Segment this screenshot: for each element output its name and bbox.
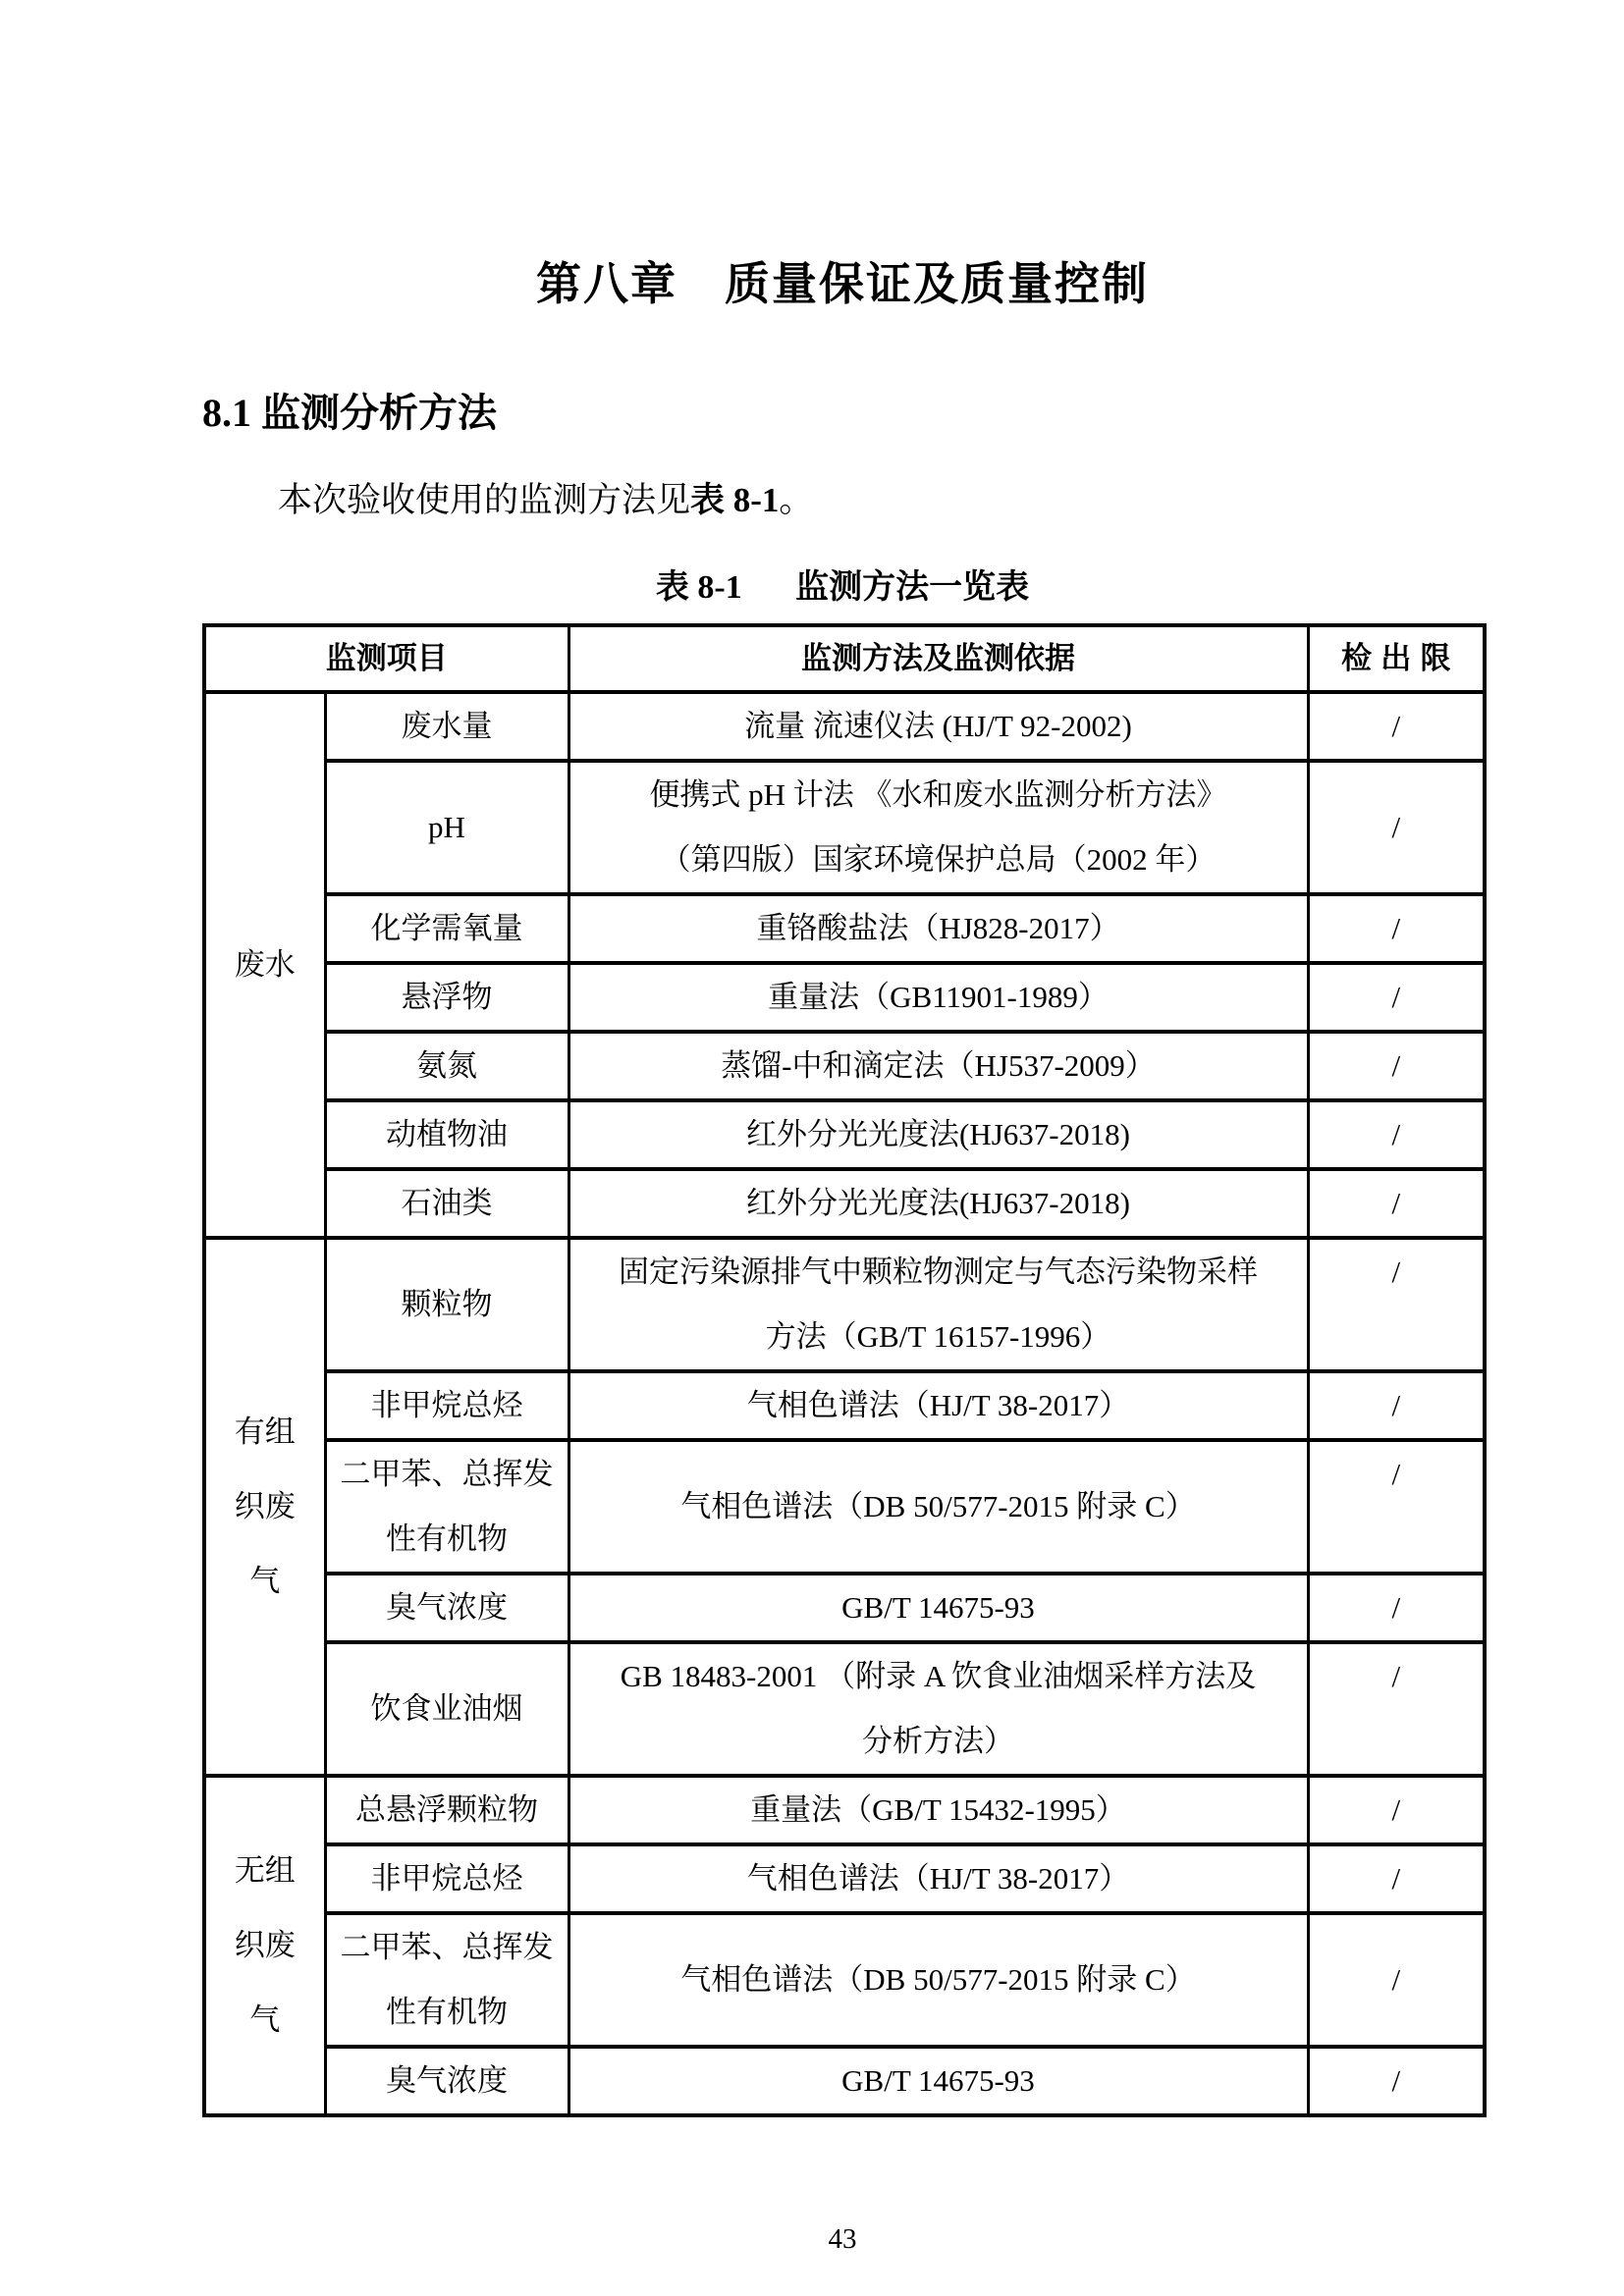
monitoring-method-cell: 蒸馏-中和滴定法（HJ537-2009） xyxy=(568,1032,1308,1100)
table-row: 臭气浓度GB/T 14675-93/ xyxy=(204,2047,1485,2115)
monitoring-item-cell: 颗粒物 xyxy=(325,1238,568,1371)
monitoring-item-cell: 动植物油 xyxy=(325,1100,568,1169)
monitoring-item-cell: pH xyxy=(325,761,568,894)
detection-limit-cell: / xyxy=(1308,761,1485,894)
detection-limit-cell: / xyxy=(1308,963,1485,1032)
group-label-cell: 有组织废气 xyxy=(204,1238,325,1776)
monitoring-item-cell: 废水量 xyxy=(325,692,568,761)
intro-text-prefix: 本次验收使用的监测方法见 xyxy=(278,481,690,519)
monitoring-table-body: 废水废水量流量 流速仪法 (HJ/T 92-2002)/pH便携式 pH 计法 … xyxy=(204,692,1485,2115)
header-monitoring-item: 监测项目 xyxy=(204,625,568,692)
monitoring-item-cell: 石油类 xyxy=(325,1169,568,1238)
monitoring-method-cell: GB/T 14675-93 xyxy=(568,2047,1308,2115)
table-row: 悬浮物重量法（GB11901-1989）/ xyxy=(204,963,1485,1032)
monitoring-item-cell: 悬浮物 xyxy=(325,963,568,1032)
monitoring-method-cell: 重铬酸盐法（HJ828-2017） xyxy=(568,894,1308,963)
table-caption-title: 监测方法一览表 xyxy=(795,569,1029,606)
detection-limit-cell: / xyxy=(1308,1844,1485,1913)
detection-limit-cell: / xyxy=(1308,692,1485,761)
detection-limit-cell: / xyxy=(1308,2047,1485,2115)
detection-limit-cell: / xyxy=(1308,1169,1485,1238)
monitoring-item-cell: 非甲烷总烃 xyxy=(325,1371,568,1440)
monitoring-method-cell: 红外分光光度法(HJ637-2018) xyxy=(568,1169,1308,1238)
monitoring-method-cell: 固定污染源排气中颗粒物测定与气态污染物采样 方法（GB/T 16157-1996… xyxy=(568,1238,1308,1371)
detection-limit-cell: / xyxy=(1308,1440,1485,1574)
group-label: 废水 xyxy=(233,928,298,1002)
detection-limit-cell: / xyxy=(1308,1913,1485,2047)
monitoring-item-cell: 臭气浓度 xyxy=(325,2047,568,2115)
table-row: 非甲烷总烃气相色谱法（HJ/T 38-2017）/ xyxy=(204,1371,1485,1440)
table-row: 石油类红外分光光度法(HJ637-2018)/ xyxy=(204,1169,1485,1238)
section-heading: 8.1 监测分析方法 xyxy=(202,390,1483,437)
table-caption-label: 表 8-1 xyxy=(656,569,742,606)
detection-limit-cell: / xyxy=(1308,1574,1485,1642)
table-row: 饮食业油烟GB 18483-2001 （附录 A 饮食业油烟采样方法及 分析方法… xyxy=(204,1642,1485,1776)
group-label: 无组织废气 xyxy=(233,1834,298,2057)
detection-limit-cell: / xyxy=(1308,1642,1485,1776)
detection-limit-cell: / xyxy=(1308,1238,1485,1371)
table-row: 二甲苯、总挥发 性有机物气相色谱法（DB 50/577-2015 附录 C）/ xyxy=(204,1440,1485,1574)
group-label-cell: 废水 xyxy=(204,692,325,1238)
monitoring-item-cell: 二甲苯、总挥发 性有机物 xyxy=(325,1440,568,1574)
header-detection-limit: 检出限 xyxy=(1308,625,1485,692)
table-row: 有组织废气颗粒物固定污染源排气中颗粒物测定与气态污染物采样 方法（GB/T 16… xyxy=(204,1238,1485,1371)
detection-limit-cell: / xyxy=(1308,1776,1485,1844)
monitoring-method-cell: 红外分光光度法(HJ637-2018) xyxy=(568,1100,1308,1169)
monitoring-method-cell: 气相色谱法（HJ/T 38-2017） xyxy=(568,1371,1308,1440)
monitoring-method-cell: 流量 流速仪法 (HJ/T 92-2002) xyxy=(568,692,1308,761)
table-row: 动植物油红外分光光度法(HJ637-2018)/ xyxy=(204,1100,1485,1169)
detection-limit-cell: / xyxy=(1308,1032,1485,1100)
table-row: 非甲烷总烃气相色谱法（HJ/T 38-2017）/ xyxy=(204,1844,1485,1913)
chapter-title: 第八章 质量保证及质量控制 xyxy=(202,0,1483,311)
monitoring-method-cell: 气相色谱法（DB 50/577-2015 附录 C） xyxy=(568,1913,1308,2047)
monitoring-method-cell: 气相色谱法（DB 50/577-2015 附录 C） xyxy=(568,1440,1308,1574)
monitoring-item-cell: 氨氮 xyxy=(325,1032,568,1100)
intro-text-suffix: 。 xyxy=(779,481,813,519)
monitoring-method-cell: 重量法（GB11901-1989） xyxy=(568,963,1308,1032)
table-row: pH便携式 pH 计法 《水和废水监测分析方法》 （第四版）国家环境保护总局（2… xyxy=(204,761,1485,894)
detection-limit-cell: / xyxy=(1308,1371,1485,1440)
monitoring-method-cell: 便携式 pH 计法 《水和废水监测分析方法》 （第四版）国家环境保护总局（200… xyxy=(568,761,1308,894)
monitoring-method-cell: GB/T 14675-93 xyxy=(568,1574,1308,1642)
monitoring-item-cell: 二甲苯、总挥发 性有机物 xyxy=(325,1913,568,2047)
document-page: 第八章 质量保证及质量控制 8.1 监测分析方法 本次验收使用的监测方法见表 8… xyxy=(0,0,1624,2296)
table-row: 化学需氧量重铬酸盐法（HJ828-2017）/ xyxy=(204,894,1485,963)
group-label: 有组织废气 xyxy=(233,1395,298,1619)
table-row: 无组织废气总悬浮颗粒物重量法（GB/T 15432-1995）/ xyxy=(204,1776,1485,1844)
table-caption: 表 8-1监测方法一览表 xyxy=(202,568,1483,609)
intro-paragraph: 本次验收使用的监测方法见表 8-1。 xyxy=(202,478,1483,523)
monitoring-item-cell: 非甲烷总烃 xyxy=(325,1844,568,1913)
group-label-cell: 无组织废气 xyxy=(204,1776,325,2115)
table-row: 废水废水量流量 流速仪法 (HJ/T 92-2002)/ xyxy=(204,692,1485,761)
table-header-row: 监测项目 监测方法及监测依据 检出限 xyxy=(204,625,1485,692)
monitoring-methods-table: 监测项目 监测方法及监测依据 检出限 废水废水量流量 流速仪法 (HJ/T 92… xyxy=(202,623,1487,2117)
detection-limit-cell: / xyxy=(1308,894,1485,963)
monitoring-method-cell: 气相色谱法（HJ/T 38-2017） xyxy=(568,1844,1308,1913)
monitoring-item-cell: 饮食业油烟 xyxy=(325,1642,568,1776)
detection-limit-cell: / xyxy=(1308,1100,1485,1169)
monitoring-item-cell: 化学需氧量 xyxy=(325,894,568,963)
table-row: 臭气浓度GB/T 14675-93/ xyxy=(204,1574,1485,1642)
header-monitoring-method: 监测方法及监测依据 xyxy=(568,625,1308,692)
monitoring-item-cell: 臭气浓度 xyxy=(325,1574,568,1642)
monitoring-method-cell: GB 18483-2001 （附录 A 饮食业油烟采样方法及 分析方法） xyxy=(568,1642,1308,1776)
monitoring-method-cell: 重量法（GB/T 15432-1995） xyxy=(568,1776,1308,1844)
table-row: 氨氮蒸馏-中和滴定法（HJ537-2009）/ xyxy=(204,1032,1485,1100)
page-number: 43 xyxy=(202,2223,1483,2256)
table-row: 二甲苯、总挥发 性有机物气相色谱法（DB 50/577-2015 附录 C）/ xyxy=(204,1913,1485,2047)
monitoring-item-cell: 总悬浮颗粒物 xyxy=(325,1776,568,1844)
intro-table-reference: 表 8-1 xyxy=(690,481,779,519)
